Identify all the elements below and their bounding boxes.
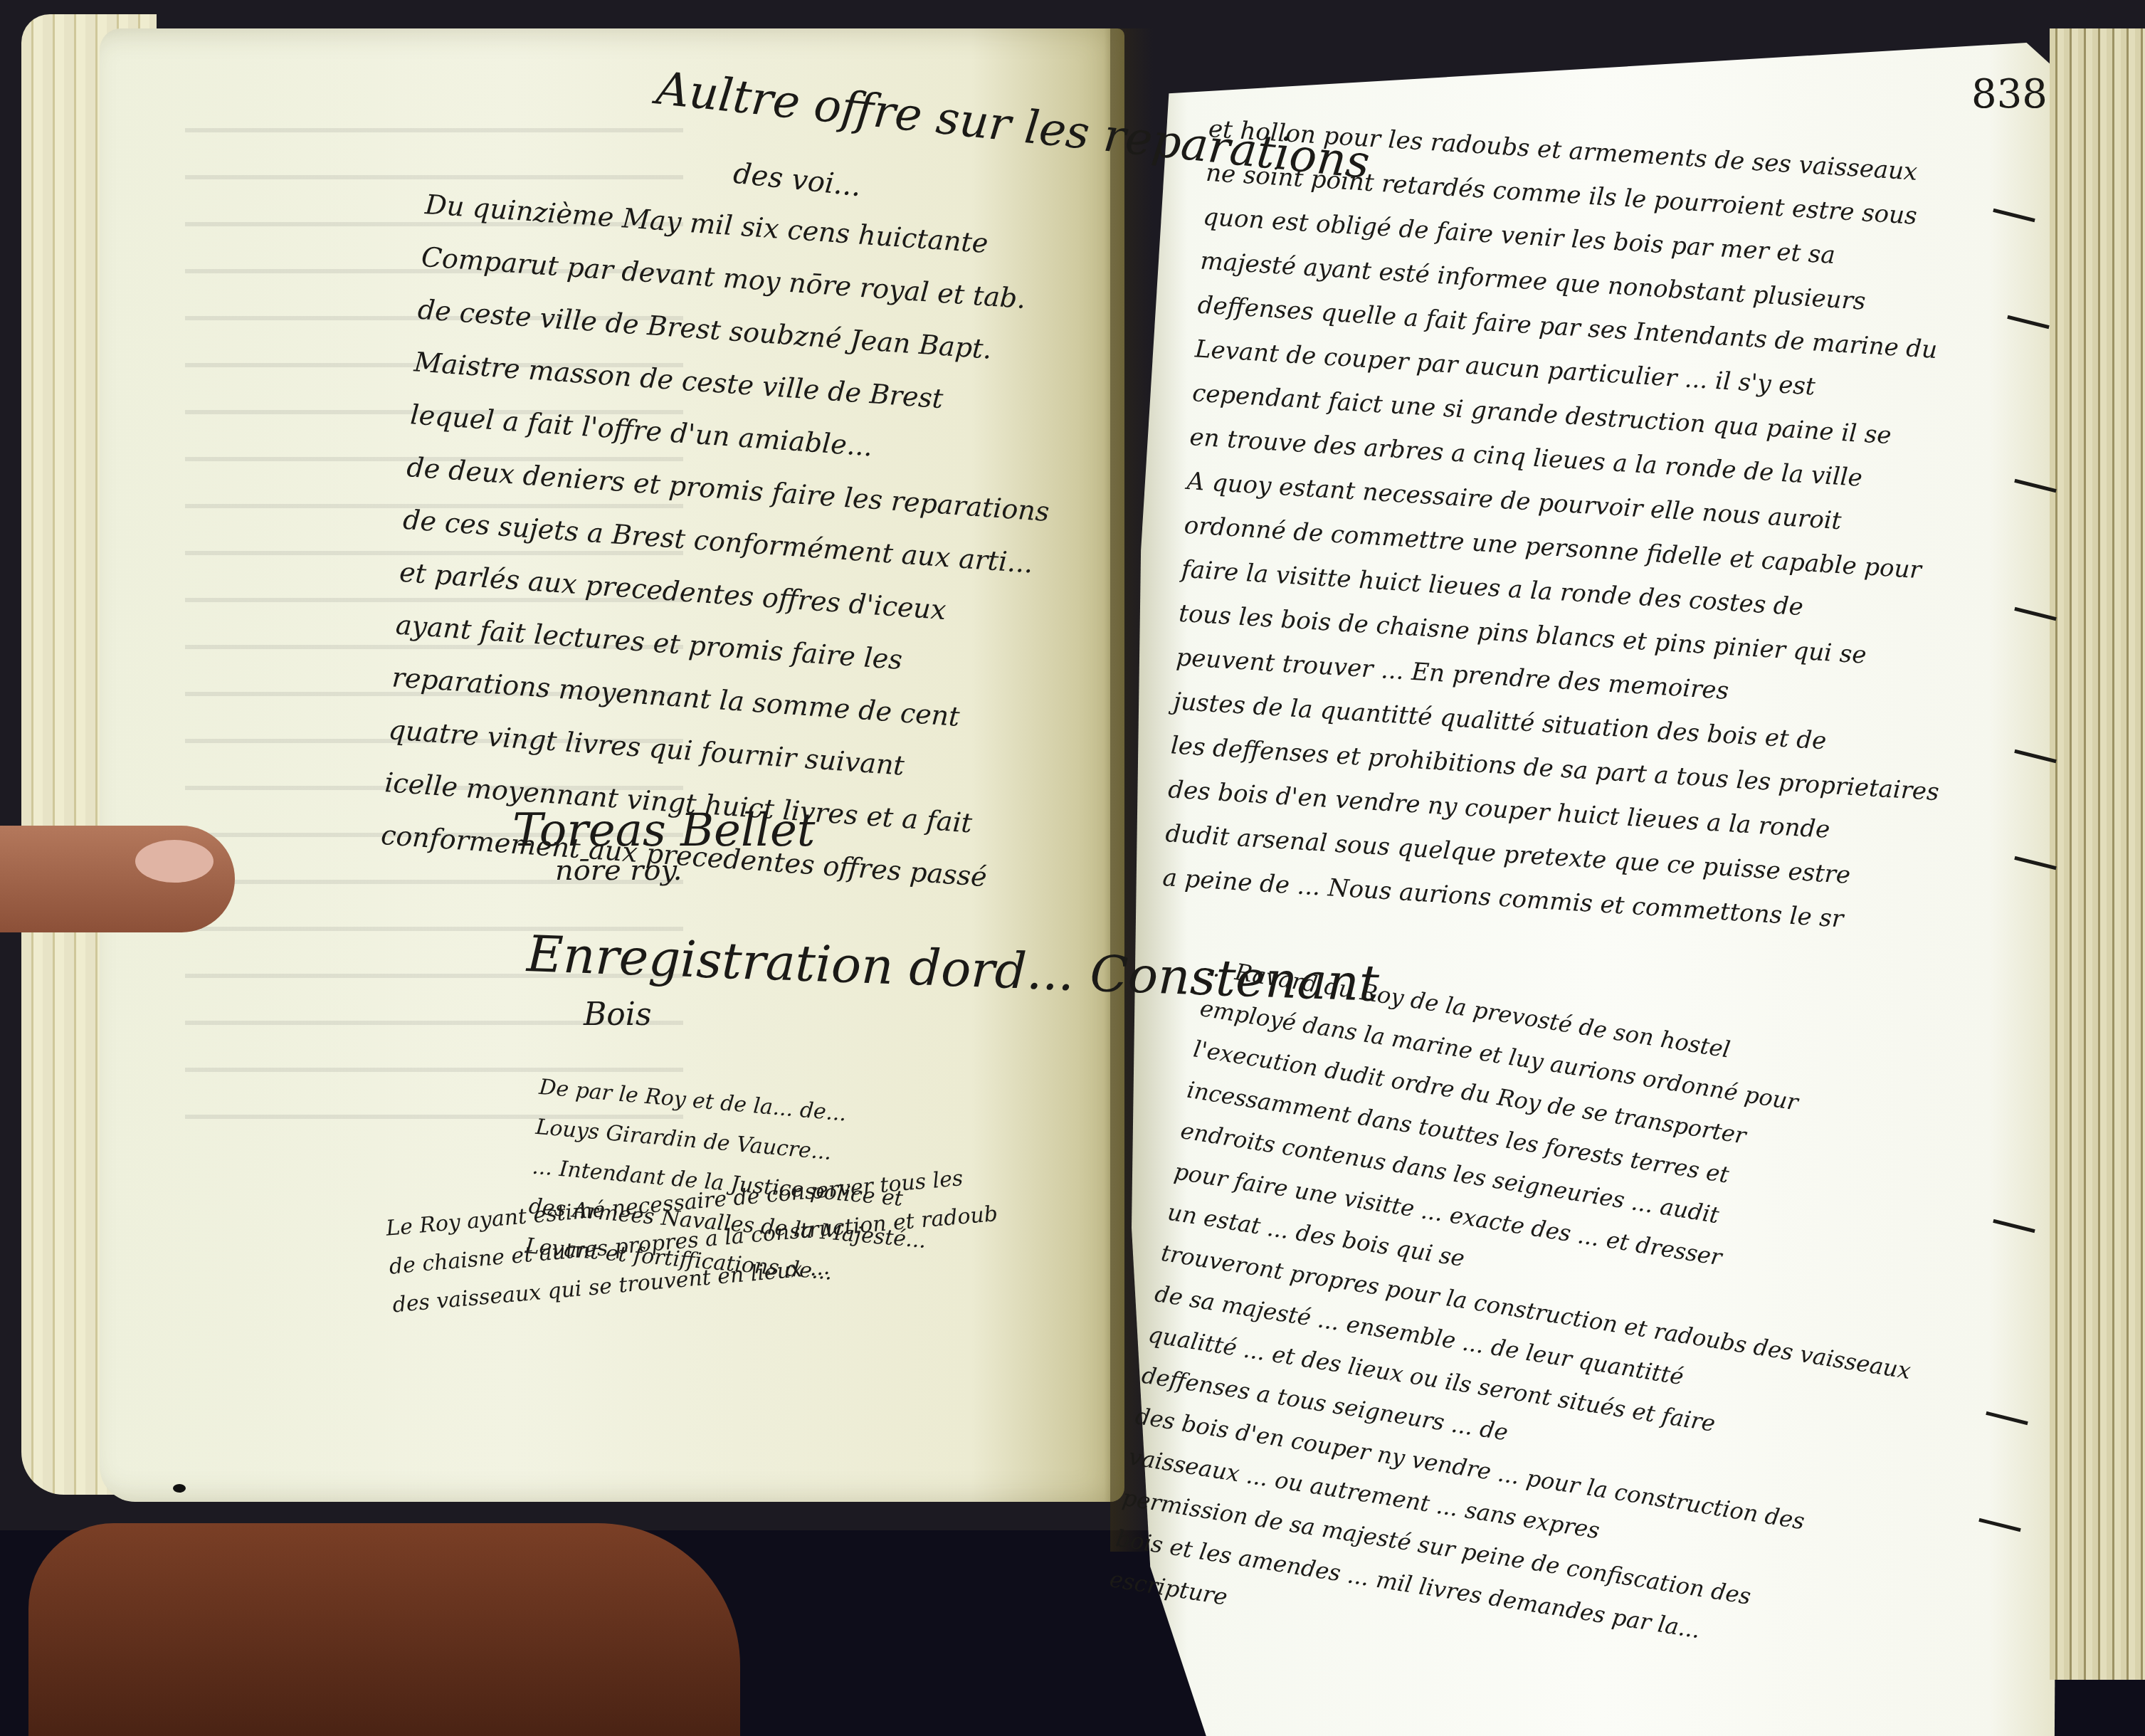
holding-thumb — [0, 826, 235, 932]
right-paragraph-2: ... Ravard du Roy de la prevosté de son … — [1107, 947, 2018, 1727]
page-number: 838 — [1971, 71, 2047, 117]
photo-scene: Aultre offre sur les reparations des voi… — [0, 0, 2145, 1736]
worm-hole — [173, 1484, 186, 1493]
holding-hand — [28, 1523, 740, 1736]
thumbnail — [135, 840, 214, 883]
right-page-stack-edges — [2050, 28, 2145, 1680]
signature-sub: nōre roy. — [555, 854, 682, 887]
signature: Toreas Bellet — [512, 804, 816, 857]
right-paragraph-1: et hollon pour les radoubs et armements … — [1161, 107, 2027, 949]
left-heading-2-sub: Bois — [584, 996, 651, 1033]
left-paragraph-1: Du quinzième May mil six cens huictante … — [379, 178, 1137, 910]
